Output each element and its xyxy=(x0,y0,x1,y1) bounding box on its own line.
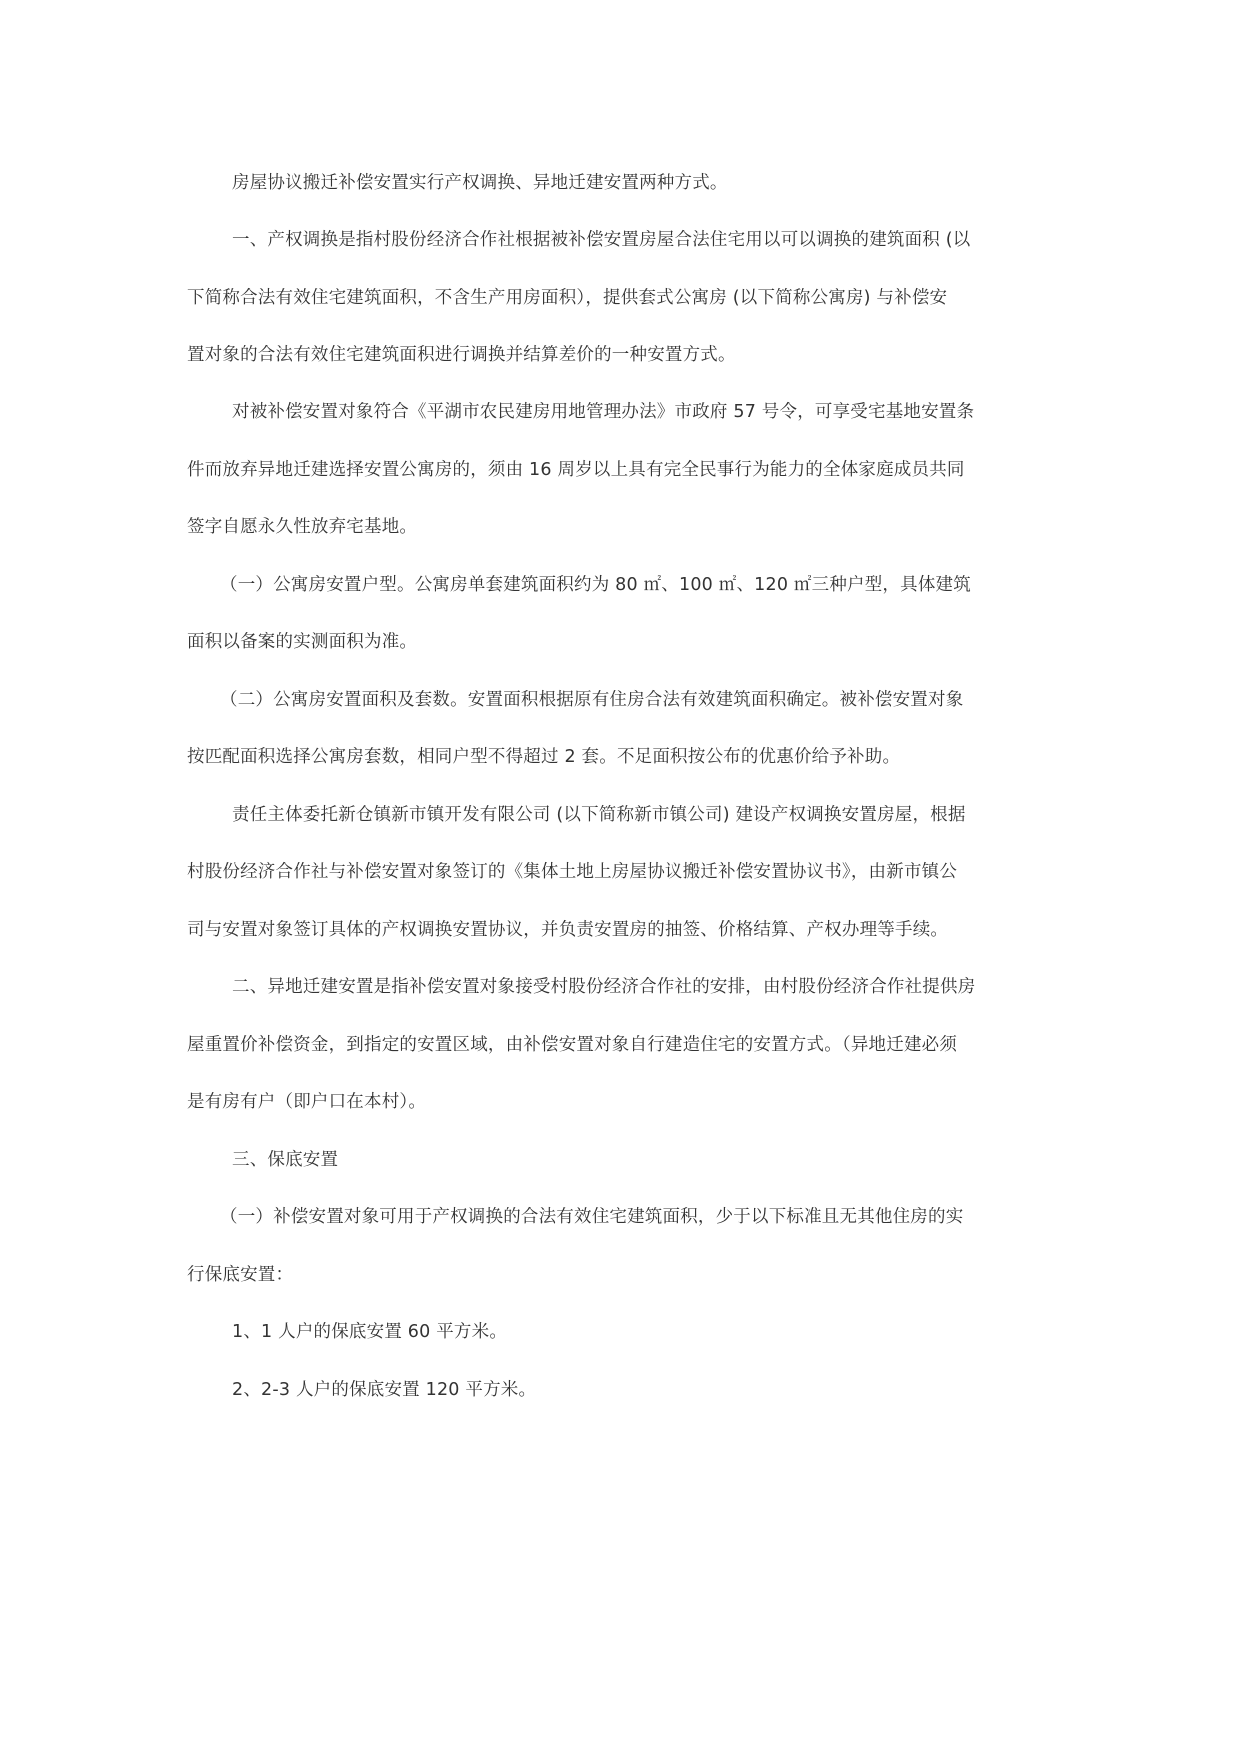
section-2-line-3: 是有房有户（即户口在本村）。 xyxy=(187,1087,1067,1117)
section-3-1-line-2: 行保底安置： xyxy=(187,1260,1067,1290)
section-1-2-line-2: 按匹配面积选择公寓房套数，相同户型不得超过 2 套。不足面积按公布的优惠价给予补… xyxy=(187,742,1067,772)
section-3-1-line-1: （一）补偿安置对象可用于产权调换的合法有效住宅建筑面积，少于以下标准且无其他住房… xyxy=(220,1202,1100,1232)
section-3-heading: 三、保底安置 xyxy=(232,1145,1112,1175)
homestead-waiver-line-1: 对被补偿安置对象符合《平湖市农民建房用地管理办法》市政府 57 号令，可享受宅基… xyxy=(232,397,1112,427)
homestead-waiver-line-3: 签字自愿永久性放弃宅基地。 xyxy=(187,512,1067,542)
list-item-1: 1、1 人户的保底安置 60 平方米。 xyxy=(232,1317,1112,1347)
section-1-2-line-1: （二）公寓房安置面积及套数。安置面积根据原有住房合法有效建筑面积确定。被补偿安置… xyxy=(220,685,1100,715)
section-1-line-2: 下简称合法有效住宅建筑面积，不含生产用房面积），提供套式公寓房 (以下简称公寓房… xyxy=(187,283,1067,313)
section-1-1-line-1: （一）公寓房安置户型。公寓房单套建筑面积约为 80 ㎡、100 ㎡、120 ㎡三… xyxy=(220,570,1100,600)
section-1-1-line-2: 面积以备案的实测面积为准。 xyxy=(187,627,1067,657)
section-2-line-2: 屋重置价补偿资金，到指定的安置区域，由补偿安置对象自行建造住宅的安置方式。（异地… xyxy=(187,1030,1067,1060)
document-page: 房屋协议搬迁补偿安置实行产权调换、异地迁建安置两种方式。 一、产权调换是指村股份… xyxy=(0,0,1240,1753)
homestead-waiver-line-2: 件而放弃异地迁建选择安置公寓房的，须由 16 周岁以上具有完全民事行为能力的全体… xyxy=(187,455,1067,485)
responsible-party-line-1: 责任主体委托新仓镇新市镇开发有限公司 (以下简称新市镇公司) 建设产权调换安置房… xyxy=(232,800,1112,830)
list-item-2: 2、2-3 人户的保底安置 120 平方米。 xyxy=(232,1375,1112,1405)
section-1-line-1: 一、产权调换是指村股份经济合作社根据被补偿安置房屋合法住宅用以可以调换的建筑面积… xyxy=(232,225,1112,255)
section-1-line-3: 置对象的合法有效住宅建筑面积进行调换并结算差价的一种安置方式。 xyxy=(187,340,1067,370)
responsible-party-line-3: 司与安置对象签订具体的产权调换安置协议，并负责安置房的抽签、价格结算、产权办理等… xyxy=(187,915,1067,945)
section-2-line-1: 二、异地迁建安置是指补偿安置对象接受村股份经济合作社的安排，由村股份经济合作社提… xyxy=(232,972,1112,1002)
responsible-party-line-2: 村股份经济合作社与补偿安置对象签订的《集体土地上房屋协议搬迁补偿安置协议书》，由… xyxy=(187,857,1067,887)
intro-paragraph: 房屋协议搬迁补偿安置实行产权调换、异地迁建安置两种方式。 xyxy=(232,168,1112,198)
